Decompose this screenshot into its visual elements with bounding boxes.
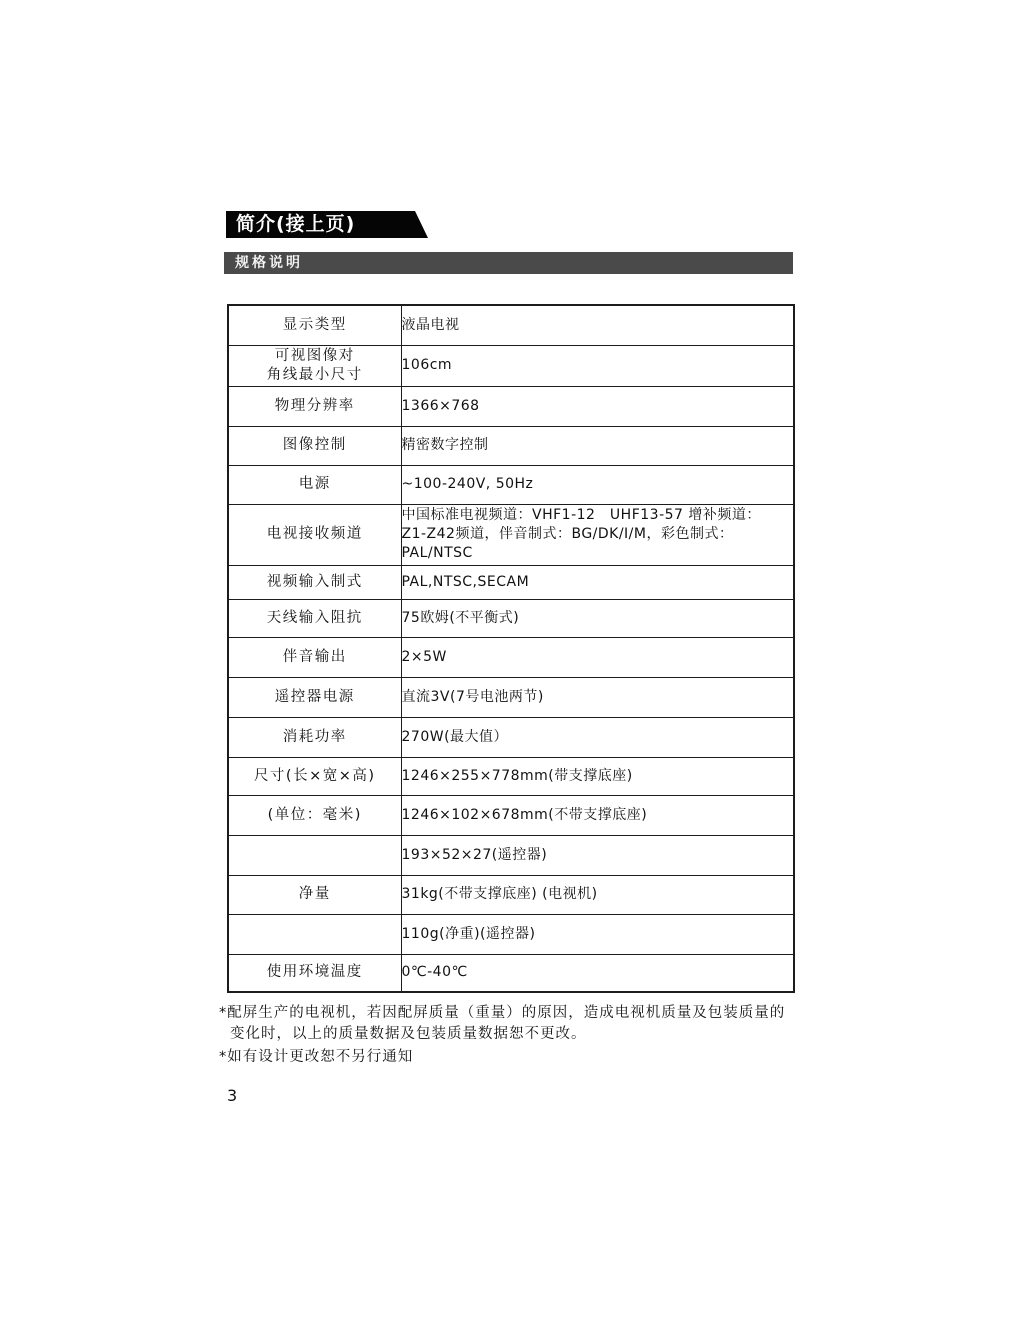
spec-row: 电源~100-240V, 50Hz [228, 465, 794, 504]
spec-row: 伴音输出2×5W [228, 637, 794, 677]
section-banner-title: 简介(接上页) [236, 213, 355, 235]
spec-label-cell: 尺寸(长×宽×高) [228, 757, 401, 795]
spec-label-cell: 天线输入阻抗 [228, 599, 401, 637]
subsection-bar: 规格说明 [224, 252, 793, 274]
spec-label-cell: 可视图像对 角线最小尺寸 [228, 345, 401, 386]
manual-page: 简介(接上页) 规格说明 显示类型液晶电视 可视图像对 角线最小尺寸106cm … [0, 0, 1020, 1320]
spec-value-cell: 31kg(不带支撑底座) (电视机) [401, 875, 794, 914]
spec-value-cell: 2×5W [401, 637, 794, 677]
spec-table: 显示类型液晶电视 可视图像对 角线最小尺寸106cm 物理分辨率1366×768… [227, 304, 795, 993]
spec-row: 消耗功率270W(最大值） [228, 717, 794, 757]
spec-row: 使用环境温度0℃-40℃ [228, 954, 794, 992]
spec-value-cell: 精密数字控制 [401, 426, 794, 465]
spec-value-cell: PAL,NTSC,SECAM [401, 565, 794, 599]
spec-value-cell: 0℃-40℃ [401, 954, 794, 992]
spec-label-cell [228, 914, 401, 954]
spec-label-cell: 物理分辨率 [228, 386, 401, 426]
section-banner: 简介(接上页) [226, 211, 428, 238]
spec-row: 110g(净重)(遥控器) [228, 914, 794, 954]
spec-row: 可视图像对 角线最小尺寸106cm [228, 345, 794, 386]
spec-value-cell: 193×52×27(遥控器) [401, 835, 794, 875]
spec-value-cell: 1246×255×778mm(带支撑底座) [401, 757, 794, 795]
spec-value-cell: 直流3V(7号电池两节) [401, 677, 794, 717]
footnote: *如有设计更改恕不另行通知 [219, 1047, 819, 1068]
spec-label-cell: 伴音输出 [228, 637, 401, 677]
spec-row: 净量31kg(不带支撑底座) (电视机) [228, 875, 794, 914]
spec-label-cell: 遥控器电源 [228, 677, 401, 717]
spec-value-cell: 1246×102×678mm(不带支撑底座) [401, 795, 794, 835]
page-number: 3 [227, 1086, 237, 1105]
footnotes: *配屏生产的电视机，若因配屏质量（重量）的原因，造成电视机质量及包装质量的 变化… [219, 1003, 819, 1071]
spec-label-cell: 电视接收频道 [228, 504, 401, 565]
spec-value-cell: 106cm [401, 345, 794, 386]
spec-label-cell [228, 835, 401, 875]
spec-value-cell: 75欧姆(不平衡式) [401, 599, 794, 637]
spec-row: 尺寸(长×宽×高)1246×255×778mm(带支撑底座) [228, 757, 794, 795]
spec-row: (单位：毫米)1246×102×678mm(不带支撑底座) [228, 795, 794, 835]
spec-row: 显示类型液晶电视 [228, 305, 794, 345]
spec-value-cell: 中国标准电视频道：VHF1-12 UHF13-57 增补频道： Z1-Z42频道… [401, 504, 794, 565]
spec-label-cell: 使用环境温度 [228, 954, 401, 992]
spec-row: 遥控器电源直流3V(7号电池两节) [228, 677, 794, 717]
spec-row: 天线输入阻抗75欧姆(不平衡式) [228, 599, 794, 637]
spec-label-cell: (单位：毫米) [228, 795, 401, 835]
spec-value-cell: 270W(最大值） [401, 717, 794, 757]
footnote: *配屏生产的电视机，若因配屏质量（重量）的原因，造成电视机质量及包装质量的 变化… [219, 1003, 819, 1044]
spec-row: 物理分辨率1366×768 [228, 386, 794, 426]
spec-row: 193×52×27(遥控器) [228, 835, 794, 875]
spec-label-cell: 显示类型 [228, 305, 401, 345]
spec-value-cell: 1366×768 [401, 386, 794, 426]
spec-label-cell: 图像控制 [228, 426, 401, 465]
spec-label-cell: 净量 [228, 875, 401, 914]
spec-label-cell: 消耗功率 [228, 717, 401, 757]
spec-label-cell: 视频输入制式 [228, 565, 401, 599]
spec-label-cell: 电源 [228, 465, 401, 504]
subsection-title: 规格说明 [235, 255, 303, 271]
spec-row: 电视接收频道中国标准电视频道：VHF1-12 UHF13-57 增补频道： Z1… [228, 504, 794, 565]
spec-row: 视频输入制式PAL,NTSC,SECAM [228, 565, 794, 599]
spec-value-cell: 110g(净重)(遥控器) [401, 914, 794, 954]
spec-value-cell: ~100-240V, 50Hz [401, 465, 794, 504]
spec-row: 图像控制精密数字控制 [228, 426, 794, 465]
spec-value-cell: 液晶电视 [401, 305, 794, 345]
